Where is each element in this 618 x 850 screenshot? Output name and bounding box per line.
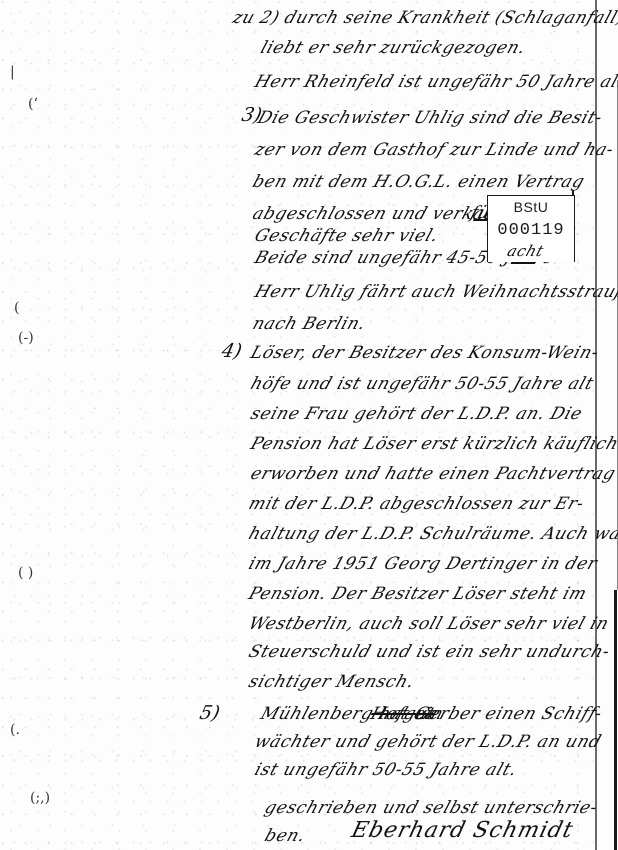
text-line: ben. [262,826,308,846]
text-line: zer von dem Gasthof zur Linde und ha- [252,140,617,160]
text-line: wächter und gehört der L.D.P. an und [252,732,604,752]
text-line: Die Geschwister Uhlig sind die Besit- [255,108,605,128]
text-line: Löser, der Besitzer des Konsum-Wein- [248,343,601,363]
text-line: liebt er sehr zurückgezogen. [258,38,528,58]
margin-mark: | [10,64,15,80]
text-line: zu 2) durch seine Krankheit (Schlaganfal… [230,8,618,28]
margin-mark: ( [14,300,19,316]
margin-mark: (‘ [28,96,38,112]
text-line: Herr Uhlig fährt auch Weihnachtsstrauß-L… [252,282,618,302]
text-line: Herr Rheinfeld ist ungefähr 50 Jahre alt [252,72,618,92]
page-edge-shadow [614,590,617,850]
margin-mark: ( ) [18,565,33,581]
text-line: mit der L.D.P. abgeschlossen zur Er- [246,494,587,514]
text-line: Westberlin, auch soll Löser sehr viel in [246,614,612,634]
text-line: im Jahre 1951 Georg Dertinger in der [246,554,600,574]
text-line: geschrieben und selbst unterschrie- [262,798,600,818]
text-line: Steuerschuld und ist ein sehr undurch- [246,642,613,662]
text-line: erworben und hatte einen Pachtvertrag [248,464,618,484]
text-line: Geschäfte sehr viel. [252,226,441,246]
stamp-label: BStU [488,199,574,215]
document-page: zu 2) durch seine Krankheit (Schlaganfal… [0,0,618,850]
text-line: sichtiger Mensch. [246,672,417,692]
text-line: haltung der L.D.P. Schulräume. Auch war [246,524,618,544]
margin-mark: (;,) [30,790,50,806]
item-number: 4) [220,340,244,362]
text-line: nach Berlin. [250,314,369,334]
text-line: Pension. Der Besitzer Löser steht im [246,584,589,604]
margin-mark: (. [10,722,20,738]
text-line: seine Frau gehört der L.D.P. an. Die [248,404,585,424]
margin-mark: (-) [18,330,34,346]
signature: Eberhard Schmidt [349,818,576,843]
text-line: ben mit dem H.O.G.L. einen Vertrag [250,172,587,192]
text-line: ist ungefähr 50-55 Jahre alt. [252,760,520,780]
stamp-initials: acht [505,242,546,260]
text-line: Gerber einen Schiff- [412,704,605,724]
text-line: höfe und ist ungefähr 50-55 Jahre alt [248,374,596,394]
stamp-number: 000119 [488,221,574,240]
text-line: Pension hat Löser erst kürzlich käuflich [248,434,618,454]
